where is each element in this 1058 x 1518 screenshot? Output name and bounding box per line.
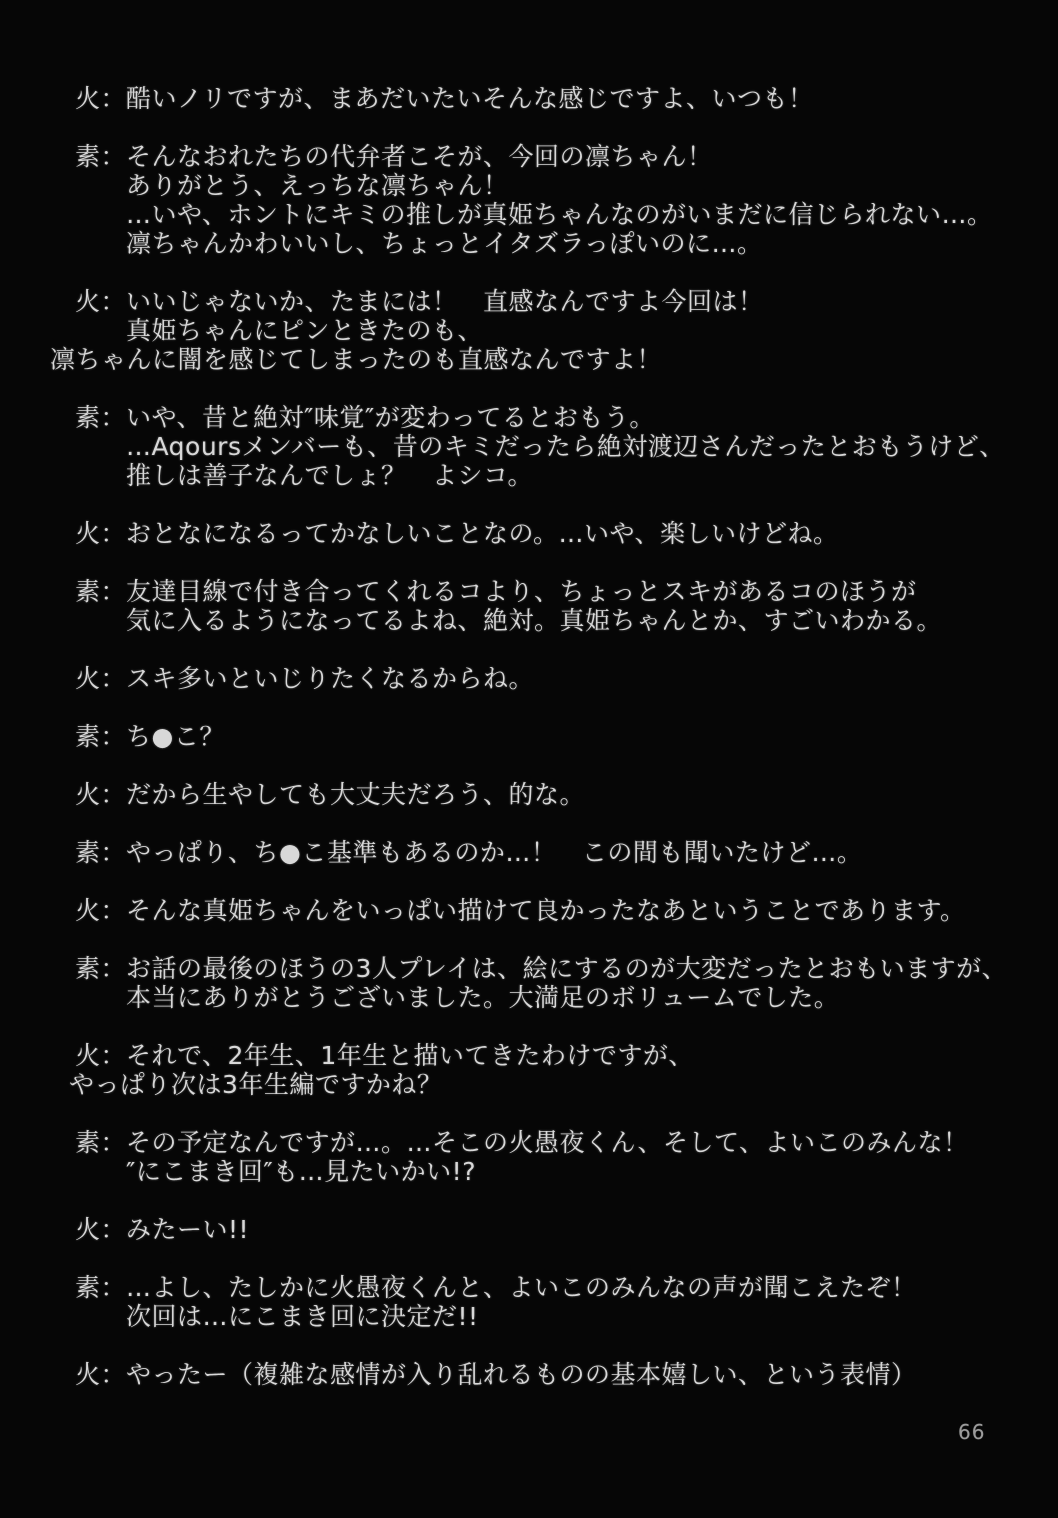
dialogue-block: 素：いや、昔と絶対″味覚″が変わってるとおもう。 …Aqoursメンバーも、昔の… <box>75 403 1028 490</box>
dialogue-line: 火：スキ多いといじりたくなるからね。 <box>75 664 1028 693</box>
dialogue-line: 素：やっぱり、ち●こ基準もあるのか…！ この間も聞いたけど…。 <box>75 838 1028 867</box>
dialogue-block: 火：やったー（複雑な感情が入り乱れるものの基本嬉しい、という表情） <box>75 1360 1028 1389</box>
dialogue-line: やっぱり次は3年生編ですかね？ <box>69 1070 1028 1099</box>
dialogue-block: 火：そんな真姫ちゃんをいっぱい描けて良かったなあということであります。 <box>75 896 1028 925</box>
dialogue-line: 火：みたーい!! <box>75 1215 1028 1244</box>
dialogue-block: 火：おとなになるってかなしいことなの。…いや、楽しいけどね。 <box>75 519 1028 548</box>
dialogue-line: 素：その予定なんですが…。…そこの火愚夜くん、そして、よいこのみんな！ <box>75 1128 1028 1157</box>
dialogue-line: 火：そんな真姫ちゃんをいっぱい描けて良かったなあということであります。 <box>75 896 1028 925</box>
dialogue-block: 火：だから生やしても大丈夫だろう、的な。 <box>75 780 1028 809</box>
dialogue-line: 素：お話の最後のほうの3人プレイは、絵にするのが大変だったとおもいますが、 <box>75 954 1028 983</box>
dialogue-line: ″にこまき回″も…見たいかい!? <box>75 1157 1028 1186</box>
dialogue-block: 素：お話の最後のほうの3人プレイは、絵にするのが大変だったとおもいますが、 本当… <box>75 954 1028 1012</box>
dialogue-line: 火：いいじゃないか、たまには！ 直感なんですよ今回は！ <box>75 287 1028 316</box>
dialogue-line: 推しは善子なんでしょ？ よシコ。 <box>75 461 1028 490</box>
dialogue-block: 素：ち●こ？ <box>75 722 1028 751</box>
dialogue-line: 素：そんなおれたちの代弁者こそが、今回の凛ちゃん！ <box>75 142 1028 171</box>
dialogue-line: ありがとう、えっちな凛ちゃん！ <box>75 171 1028 200</box>
dialogue-line: 火：それで、2年生、1年生と描いてきたわけですが、 <box>75 1041 1028 1070</box>
dialogue-line: 火：酷いノリですが、まあだいたいそんな感じですよ、いつも！ <box>75 84 1028 113</box>
dialogue-block: 素：友達目線で付き合ってくれるコより、ちょっとスキがあるコのほうが 気に入るよう… <box>75 577 1028 635</box>
dialogue-line: 火：やったー（複雑な感情が入り乱れるものの基本嬉しい、という表情） <box>75 1360 1028 1389</box>
dialogue-block: 素：やっぱり、ち●こ基準もあるのか…！ この間も聞いたけど…。 <box>75 838 1028 867</box>
dialogue-line: …いや、ホントにキミの推しが真姫ちゃんなのがいまだに信じられない…。 <box>75 200 1028 229</box>
dialogue-block: 素：…よし、たしかに火愚夜くんと、よいこのみんなの声が聞こえたぞ！ 次回は…にこ… <box>75 1273 1028 1331</box>
dialogue-line: 素：…よし、たしかに火愚夜くんと、よいこのみんなの声が聞こえたぞ！ <box>75 1273 1028 1302</box>
dialogue-line: 凛ちゃんに闇を感じてしまったのも直感なんですよ！ <box>50 345 1028 374</box>
dialogue-line: 火：だから生やしても大丈夫だろう、的な。 <box>75 780 1028 809</box>
dialogue-line: 気に入るようになってるよね、絶対。真姫ちゃんとか、すごいわかる。 <box>75 606 1028 635</box>
page-number: 66 <box>958 1421 985 1443</box>
dialogue-line: 素：ち●こ？ <box>75 722 1028 751</box>
dialogue-line: 次回は…にこまき回に決定だ!! <box>75 1302 1028 1331</box>
dialogue-block: 火：酷いノリですが、まあだいたいそんな感じですよ、いつも！ <box>75 84 1028 113</box>
dialogue-line: …Aqoursメンバーも、昔のキミだったら絶対渡辺さんだったとおもうけど、 <box>75 432 1028 461</box>
dialogue-line: 火：おとなになるってかなしいことなの。…いや、楽しいけどね。 <box>75 519 1028 548</box>
dialogue-line: 真姫ちゃんにピンときたのも、 <box>75 316 1028 345</box>
dialogue-line: 素：友達目線で付き合ってくれるコより、ちょっとスキがあるコのほうが <box>75 577 1028 606</box>
scanned-document-page: 火：酷いノリですが、まあだいたいそんな感じですよ、いつも！ 素：そんなおれたちの… <box>0 0 1058 1518</box>
dialogue-block: 火：みたーい!! <box>75 1215 1028 1244</box>
dialogue-line: 素：いや、昔と絶対″味覚″が変わってるとおもう。 <box>75 403 1028 432</box>
dialogue-text-column: 火：酷いノリですが、まあだいたいそんな感じですよ、いつも！ 素：そんなおれたちの… <box>75 84 1028 1389</box>
dialogue-block: 素：その予定なんですが…。…そこの火愚夜くん、そして、よいこのみんな！ ″にこま… <box>75 1128 1028 1186</box>
dialogue-block: 火：いいじゃないか、たまには！ 直感なんですよ今回は！ 真姫ちゃんにピンときたの… <box>75 287 1028 374</box>
dialogue-line: 凛ちゃんかわいいし、ちょっとイタズラっぽいのに…。 <box>75 229 1028 258</box>
dialogue-block: 素：そんなおれたちの代弁者こそが、今回の凛ちゃん！ ありがとう、えっちな凛ちゃん… <box>75 142 1028 258</box>
dialogue-block: 火：スキ多いといじりたくなるからね。 <box>75 664 1028 693</box>
dialogue-block: 火：それで、2年生、1年生と描いてきたわけですが、 やっぱり次は3年生編ですかね… <box>75 1041 1028 1099</box>
dialogue-line: 本当にありがとうございました。大満足のボリュームでした。 <box>75 983 1028 1012</box>
